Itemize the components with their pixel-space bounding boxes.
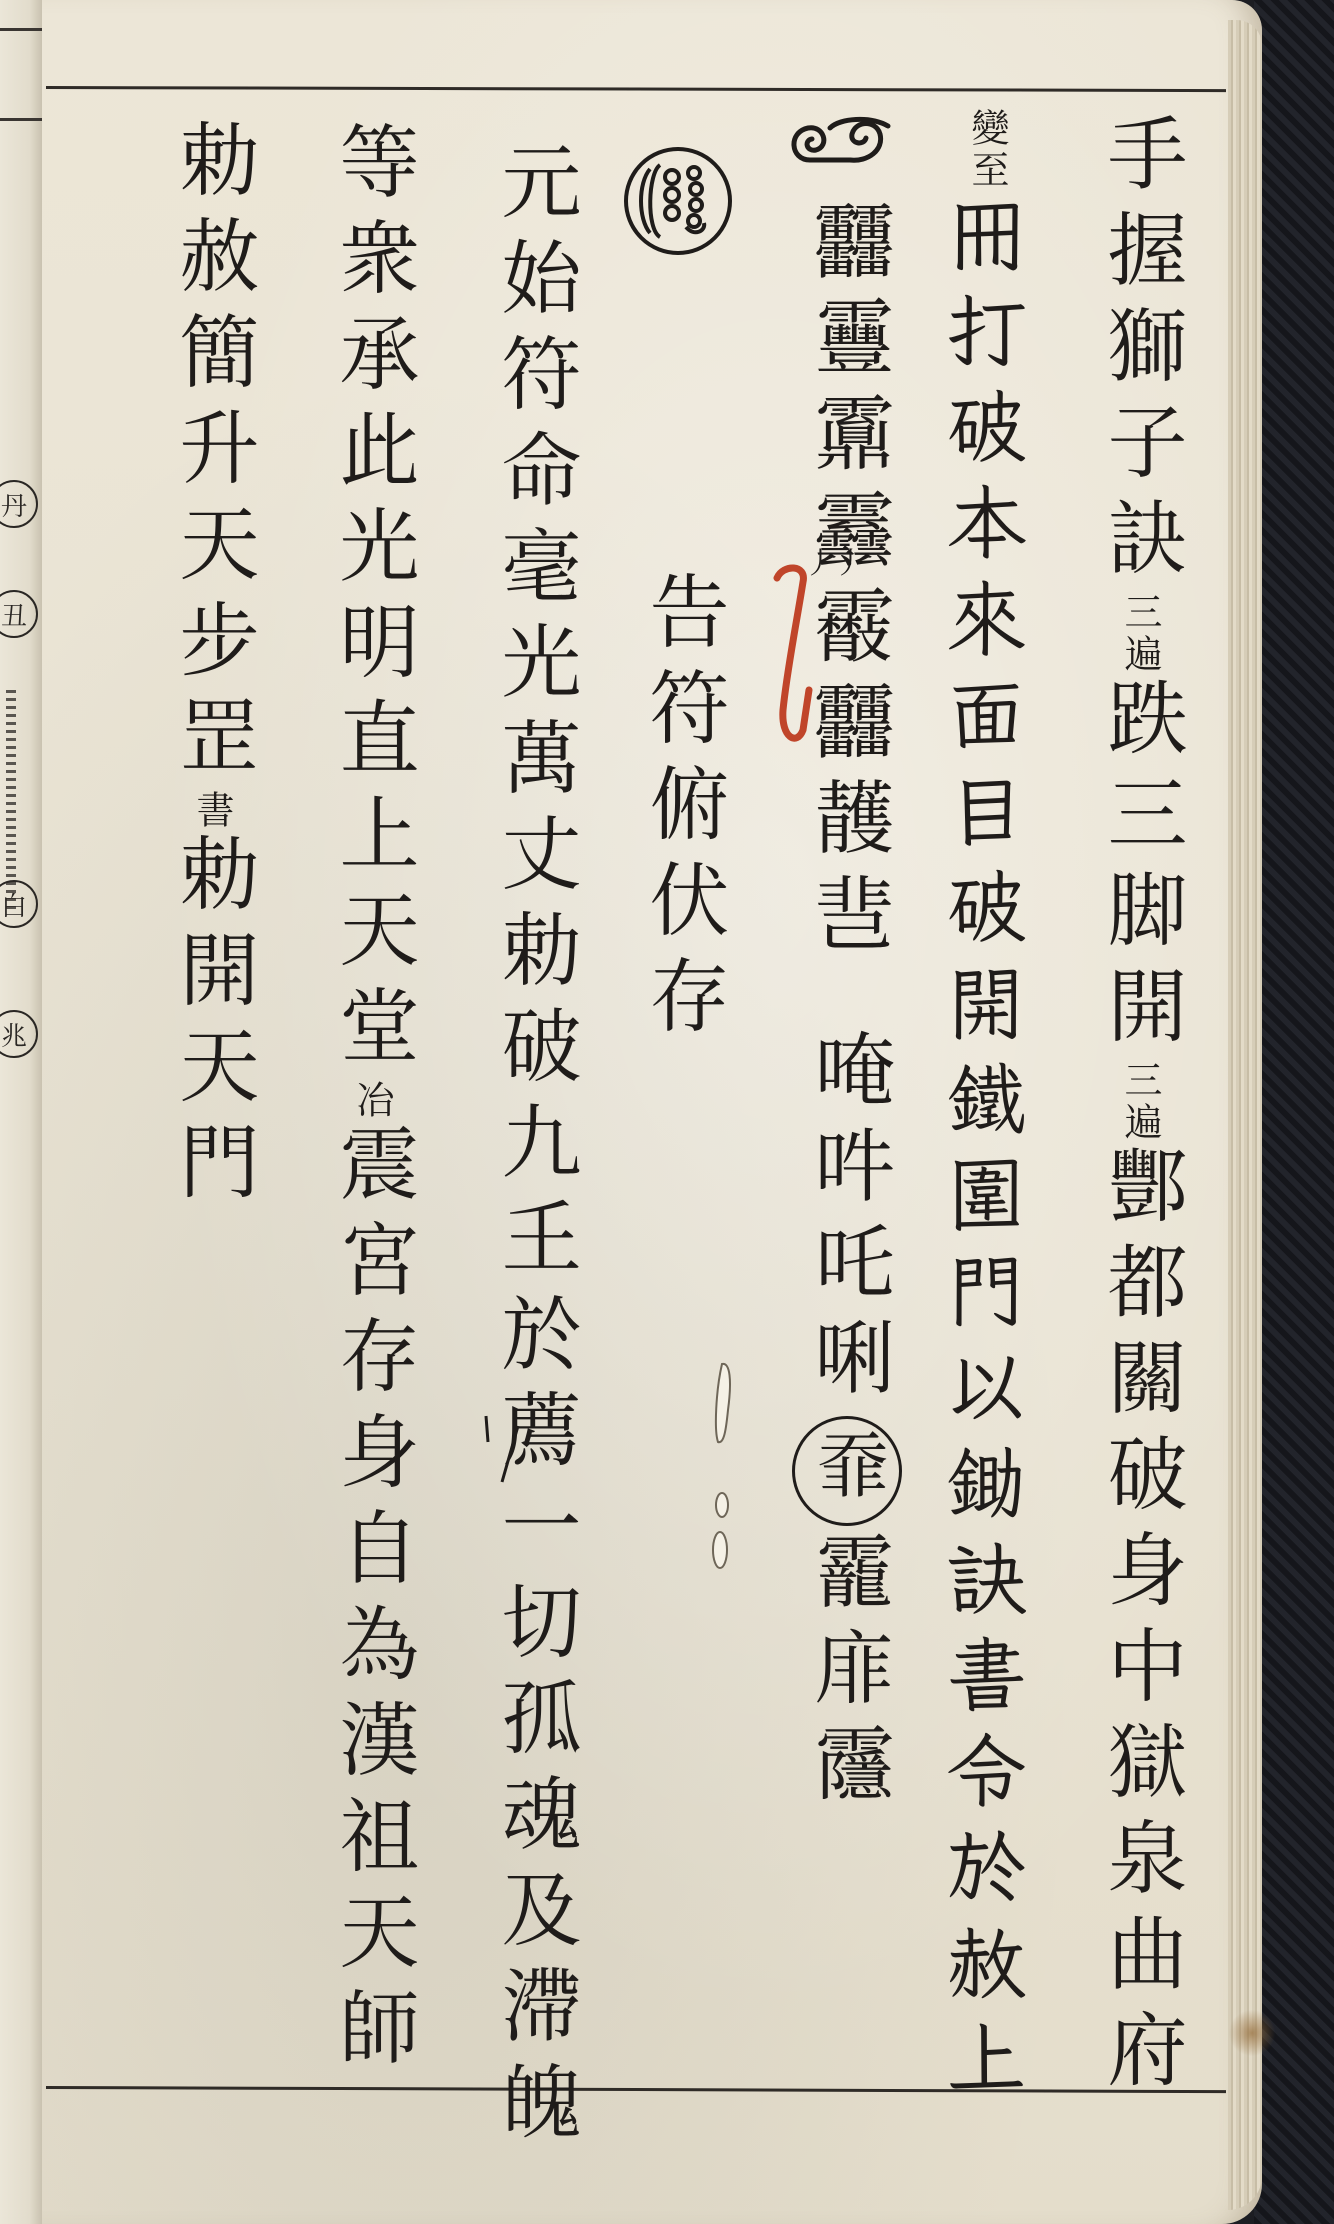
circled-character: 䨿 bbox=[792, 1416, 902, 1526]
text-column-6: 等衆承此光明直上天堂冶震宮存身自為漢祖天師 bbox=[332, 120, 412, 2082]
col2-text: 𠕁打破本來面目破開鐵圍門以鋤訣書令於赦上 bbox=[941, 192, 1034, 2112]
facing-circled-glyph: 兆 bbox=[0, 1010, 38, 1058]
facing-circled-glyph: 白 bbox=[0, 880, 38, 928]
col1-text: 酆都關破身中獄泉曲府 bbox=[1094, 1144, 1187, 2104]
manuscript-page: 手握獅子訣三遍跌三脚開三遍酆都關破身中獄泉曲府 變至𠕁打破本來面目破開鐵圍門以鋤… bbox=[42, 0, 1262, 2224]
facing-page-rule bbox=[0, 118, 42, 121]
col1-text: 手握獅子訣 bbox=[1094, 112, 1187, 592]
cloud-spiral-icon bbox=[780, 112, 900, 172]
facing-page-edge: 丹 丑 白 兆 bbox=[0, 0, 44, 2224]
red-hook-annotation-icon bbox=[763, 560, 813, 760]
col2-small-note: 變至 bbox=[968, 108, 1006, 192]
col1-small-note: 三遍 bbox=[1121, 592, 1159, 676]
talismanic-characters: 靇䨾䨸 bbox=[801, 1530, 894, 1818]
col4-text: 告符俯伏存 bbox=[636, 570, 729, 1050]
bottom-border-rule bbox=[46, 2086, 1226, 2093]
col1-text: 跌三脚開 bbox=[1094, 676, 1187, 1060]
page-stack-edge bbox=[1228, 20, 1262, 2210]
mantra-text: 唵吽吒唎 bbox=[801, 1028, 894, 1412]
text-column-3: 䨻靊䨶䨺䨷䨻䨼䨽唵吽吒唎䨿靇䨾䨸 bbox=[792, 200, 902, 1818]
col7-text: 勅赦簡升天步罡 bbox=[166, 118, 259, 790]
text-column-5: 元始符命毫光萬丈勅破九𡈼於薦一切孤魂及滯魄 bbox=[494, 140, 574, 2156]
col6-small-note: 冶 bbox=[353, 1080, 391, 1122]
facing-circled-glyph: 丑 bbox=[0, 590, 38, 638]
col6-text: 等衆承此光明直上天堂 bbox=[326, 120, 419, 1080]
text-column-7: 勅赦簡升天步罡書勅開天門 bbox=[172, 118, 252, 1216]
col6-text: 震宮存身自為漢祖天師 bbox=[326, 1122, 419, 2082]
margin-slash-mark bbox=[482, 1412, 522, 1492]
facing-wavy-line bbox=[6, 690, 16, 910]
col1-small-note: 三遍 bbox=[1121, 1060, 1159, 1144]
text-column-4: 告符俯伏存 bbox=[642, 570, 722, 1050]
margin-tick-mark: 丿丿 bbox=[804, 538, 864, 582]
facing-page-rule-top bbox=[0, 28, 42, 31]
water-stain bbox=[1228, 2010, 1276, 2056]
facing-circled-glyph: 丹 bbox=[0, 480, 38, 528]
text-column-1: 手握獅子訣三遍跌三脚開三遍酆都關破身中獄泉曲府 bbox=[1100, 112, 1180, 2104]
col7-text: 勅開天門 bbox=[166, 832, 259, 1216]
top-border-rule bbox=[46, 86, 1226, 92]
circled-seal-icon bbox=[620, 143, 736, 259]
col7-small-note: 書 bbox=[193, 790, 231, 832]
wormhole-damage bbox=[712, 1360, 736, 1580]
talismanic-characters: 䨻靊䨶䨺䨷䨻䨼䨽 bbox=[801, 200, 894, 968]
text-column-2: 變至𠕁打破本來面目破開鐵圍門以鋤訣書令於赦上 bbox=[947, 108, 1027, 2112]
col5-text: 元始符命毫光萬丈勅破九𡈼於薦一切孤魂及滯魄 bbox=[488, 140, 581, 2156]
background-cloth bbox=[1254, 0, 1334, 2224]
